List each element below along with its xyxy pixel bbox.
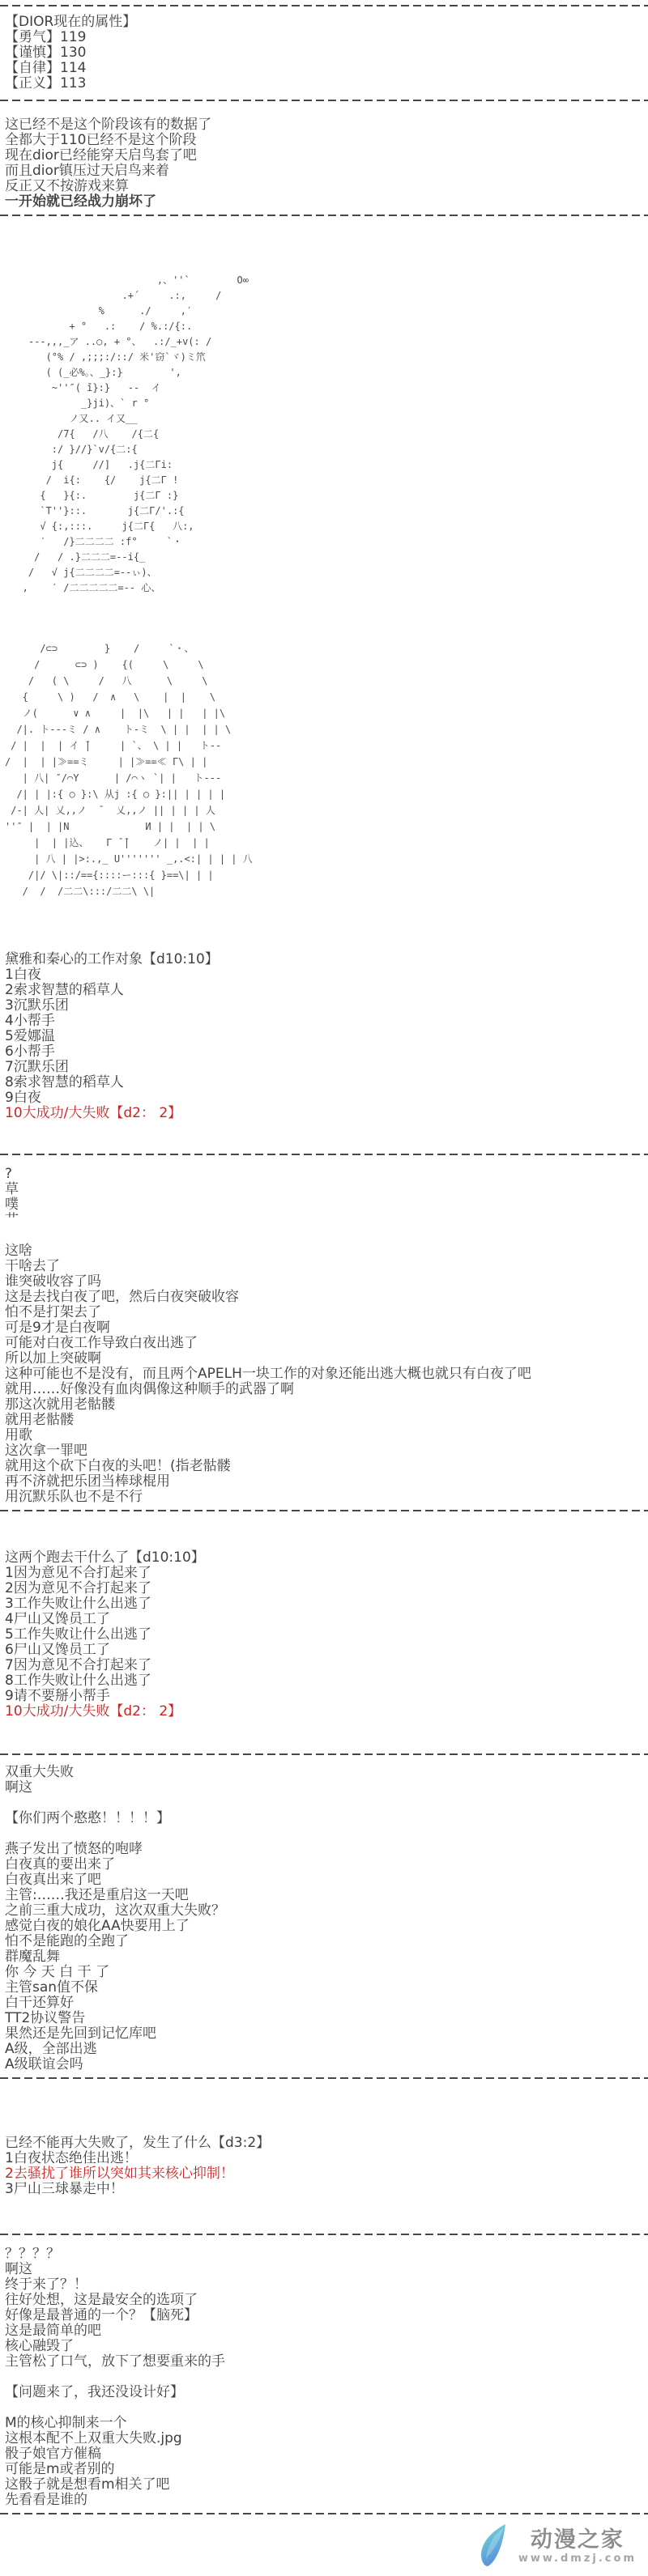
dashed-separator — [0, 1510, 648, 1511]
dashed-separator — [0, 215, 648, 216]
comment-lines: 双重大失败 啊这 【你们两个憨憨！！！！】 燕子发出了愤怒的咆哮 白夜真的要出来… — [5, 1765, 645, 2072]
dashed-separator — [0, 5, 648, 6]
dice-roll-block-3: 已经不能再大失败了，发生了什么【d3:2】 1白夜状态绝佳出逃！ 2去骚扰了谁所… — [0, 2136, 648, 2197]
attributes-stats: 【勇气】119 【谨慎】130 【自律】114 【正义】113 — [5, 30, 645, 91]
attributes-block: 【DIOR现在的属性】 【勇气】119 【谨慎】130 【自律】114 【正义】… — [0, 15, 648, 91]
leaf-wing-icon — [476, 2523, 512, 2571]
comment-lines: 这已经不是这个阶段该有的数据了 全都大于110已经不是这个阶段 现在dior已经… — [5, 117, 645, 194]
comment-lines: ？？？？ 啊这 终于来了？！ 往好处想，这是最安全的选项了 好像是最普通的一个？… — [5, 2247, 645, 2508]
comment-block-3: 双重大失败 啊这 【你们两个憨憨！！！！】 燕子发出了愤怒的咆哮 白夜真的要出来… — [0, 1765, 648, 2072]
ascii-art-dior-portrait: ,、''` O∞ .+´ .:, / % ./ ,′ + ° .: / %.:/… — [0, 273, 648, 596]
logo-text: 动漫之家 www.dmzj.com — [518, 2528, 637, 2565]
dice-roll-block-1: 黛雅和秦心的工作对象【d10:10】 1白夜 2索求智慧的稻草人 3沉默乐团 4… — [0, 952, 648, 1121]
dashed-separator — [0, 100, 648, 101]
roll-result-red: 2去骚扰了谁所以突如其来核心抑制！ — [5, 2166, 645, 2182]
ascii-art-two-figures: /⊂⊃ } / `・、 / ⊂⊃ ) {( \ \ / ( \ / 八 \ \ … — [0, 640, 648, 899]
roll-result-red: 10大成功/大失败【d2： 2】 — [5, 1704, 645, 1719]
comment-block-1: 这已经不是这个阶段该有的数据了 全都大于110已经不是这个阶段 现在dior已经… — [0, 117, 648, 210]
roll-options-after: 3尸山三球暴走中！ — [5, 2182, 645, 2197]
dashed-separator — [0, 2077, 648, 2079]
bold-comment-line: 一开始就已经战力崩坏了 — [5, 194, 645, 210]
comment-lines: ? 草 噗 艹 这啥 干啥去了 谁突破收容了吗 这是去找白夜了吧，然后白夜突破收… — [5, 1167, 645, 1505]
dice-roll-block-2: 这两个跑去干什么了【d10:10】 1因为意见不合打起来了 2因为意见不合打起来… — [0, 1550, 648, 1719]
roll-options: 已经不能再大失败了，发生了什么【d3:2】 1白夜状态绝佳出逃！ — [5, 2136, 645, 2166]
roll-options: 黛雅和秦心的工作对象【d10:10】 1白夜 2索求智慧的稻草人 3沉默乐团 4… — [5, 952, 645, 1106]
dashed-separator — [0, 1753, 648, 1755]
dashed-separator — [0, 2234, 648, 2235]
site-name: 动漫之家 — [531, 2528, 625, 2553]
comment-block-4: ？？？？ 啊这 终于来了？！ 往好处想，这是最安全的选项了 好像是最普通的一个？… — [0, 2247, 648, 2508]
site-watermark: 动漫之家 www.dmzj.com — [0, 2514, 648, 2576]
roll-result-red: 10大成功/大失败【d2： 2】 — [5, 1106, 645, 1121]
attributes-title: 【DIOR现在的属性】 — [5, 15, 645, 30]
dmzj-logo: 动漫之家 www.dmzj.com — [476, 2523, 637, 2571]
dashed-separator — [0, 1154, 648, 1155]
site-url: www.dmzj.com — [518, 2553, 637, 2565]
comment-block-2: ? 草 噗 艹 这啥 干啥去了 谁突破收容了吗 这是去找白夜了吧，然后白夜突破收… — [0, 1167, 648, 1505]
roll-options: 这两个跑去干什么了【d10:10】 1因为意见不合打起来了 2因为意见不合打起来… — [5, 1550, 645, 1704]
